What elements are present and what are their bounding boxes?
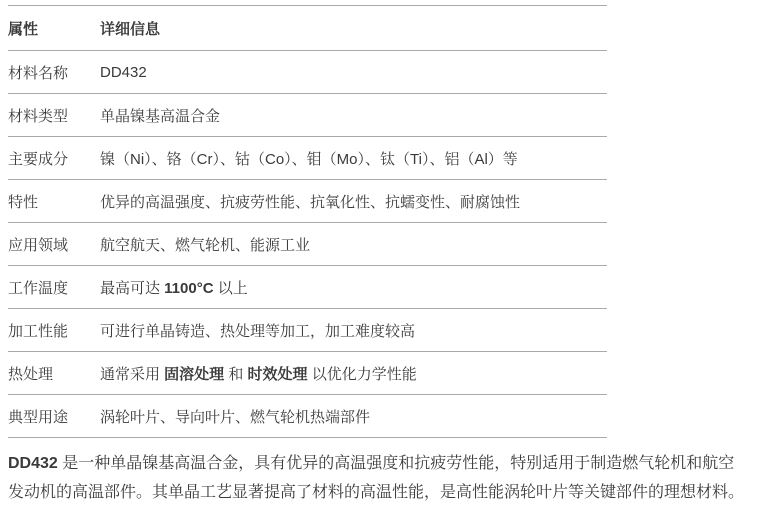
property-label-cell: 典型用途 [8,395,100,438]
plain-text: 镍（Ni）、铬（Cr）、钴（Co）、钼（Mo）、钛（Ti）、铝（Al）等 [100,151,518,168]
plain-text: 是一种单晶镍基高温合金，具有优异的高温强度和抗疲劳性能，特别适用于制造燃气轮机和… [8,455,744,501]
table-row: 材料类型单晶镍基高温合金 [8,94,607,137]
property-label-cell: 材料名称 [8,51,100,94]
table-row: 主要成分镍（Ni）、铬（Cr）、钴（Co）、钼（Mo）、钛（Ti）、铝（Al）等 [8,137,607,180]
plain-text: 通常采用 [100,366,164,383]
emphasized-text: DD432 [8,455,58,472]
property-value-cell: 涡轮叶片、导向叶片、燃气轮机热端部件 [100,395,607,438]
plain-text: 航空航天、燃气轮机、能源工业 [100,237,310,254]
plain-text: 以优化力学性能 [308,366,417,383]
emphasized-text: 时效处理 [248,366,308,383]
property-label-cell: 应用领域 [8,223,100,266]
plain-text: 涡轮叶片、导向叶片、燃气轮机热端部件 [100,409,370,426]
table-row: 材料名称DD432 [8,51,607,94]
summary-paragraph: DD432 是一种单晶镍基高温合金，具有优异的高温强度和抗疲劳性能，特别适用于制… [8,449,748,507]
property-value-cell: 优异的高温强度、抗疲劳性能、抗氧化性、抗蠕变性、耐腐蚀性 [100,180,607,223]
table-header: 属性 详细信息 [8,6,607,51]
table-row: 典型用途涡轮叶片、导向叶片、燃气轮机热端部件 [8,395,607,438]
plain-text: 以上 [214,280,248,297]
column-header-details: 详细信息 [100,6,607,51]
property-label-cell: 材料类型 [8,94,100,137]
material-info-page: 属性 详细信息 材料名称DD432材料类型单晶镍基高温合金主要成分镍（Ni）、铬… [0,0,781,524]
emphasized-text: 1100°C [164,280,213,297]
column-header-property: 属性 [8,6,100,51]
table-row: 加工性能可进行单晶铸造、热处理等加工，加工难度较高 [8,309,607,352]
property-value-cell: 单晶镍基高温合金 [100,94,607,137]
emphasized-text: 固溶处理 [164,366,224,383]
plain-text: 和 [224,366,247,383]
plain-text: 优异的高温强度、抗疲劳性能、抗氧化性、抗蠕变性、耐腐蚀性 [100,194,520,211]
table-row: 热处理通常采用 固溶处理 和 时效处理 以优化力学性能 [8,352,607,395]
property-label-cell: 特性 [8,180,100,223]
property-value-cell: 镍（Ni）、铬（Cr）、钴（Co）、钼（Mo）、钛（Ti）、铝（Al）等 [100,137,607,180]
property-value-cell: 通常采用 固溶处理 和 时效处理 以优化力学性能 [100,352,607,395]
table-row: 工作温度最高可达 1100°C 以上 [8,266,607,309]
table-header-row: 属性 详细信息 [8,6,607,51]
table-body: 材料名称DD432材料类型单晶镍基高温合金主要成分镍（Ni）、铬（Cr）、钴（C… [8,51,607,438]
property-label-cell: 主要成分 [8,137,100,180]
plain-text: 单晶镍基高温合金 [100,108,220,125]
property-value-cell: 航空航天、燃气轮机、能源工业 [100,223,607,266]
property-value-cell: DD432 [100,51,607,94]
material-properties-table: 属性 详细信息 材料名称DD432材料类型单晶镍基高温合金主要成分镍（Ni）、铬… [8,5,607,438]
table-row: 特性优异的高温强度、抗疲劳性能、抗氧化性、抗蠕变性、耐腐蚀性 [8,180,607,223]
property-label-cell: 工作温度 [8,266,100,309]
plain-text: 可进行单晶铸造、热处理等加工，加工难度较高 [100,323,415,340]
property-label-cell: 加工性能 [8,309,100,352]
table-row: 应用领域航空航天、燃气轮机、能源工业 [8,223,607,266]
property-label-cell: 热处理 [8,352,100,395]
plain-text: DD432 [100,64,147,81]
plain-text: 最高可达 [100,280,164,297]
property-value-cell: 最高可达 1100°C 以上 [100,266,607,309]
property-value-cell: 可进行单晶铸造、热处理等加工，加工难度较高 [100,309,607,352]
